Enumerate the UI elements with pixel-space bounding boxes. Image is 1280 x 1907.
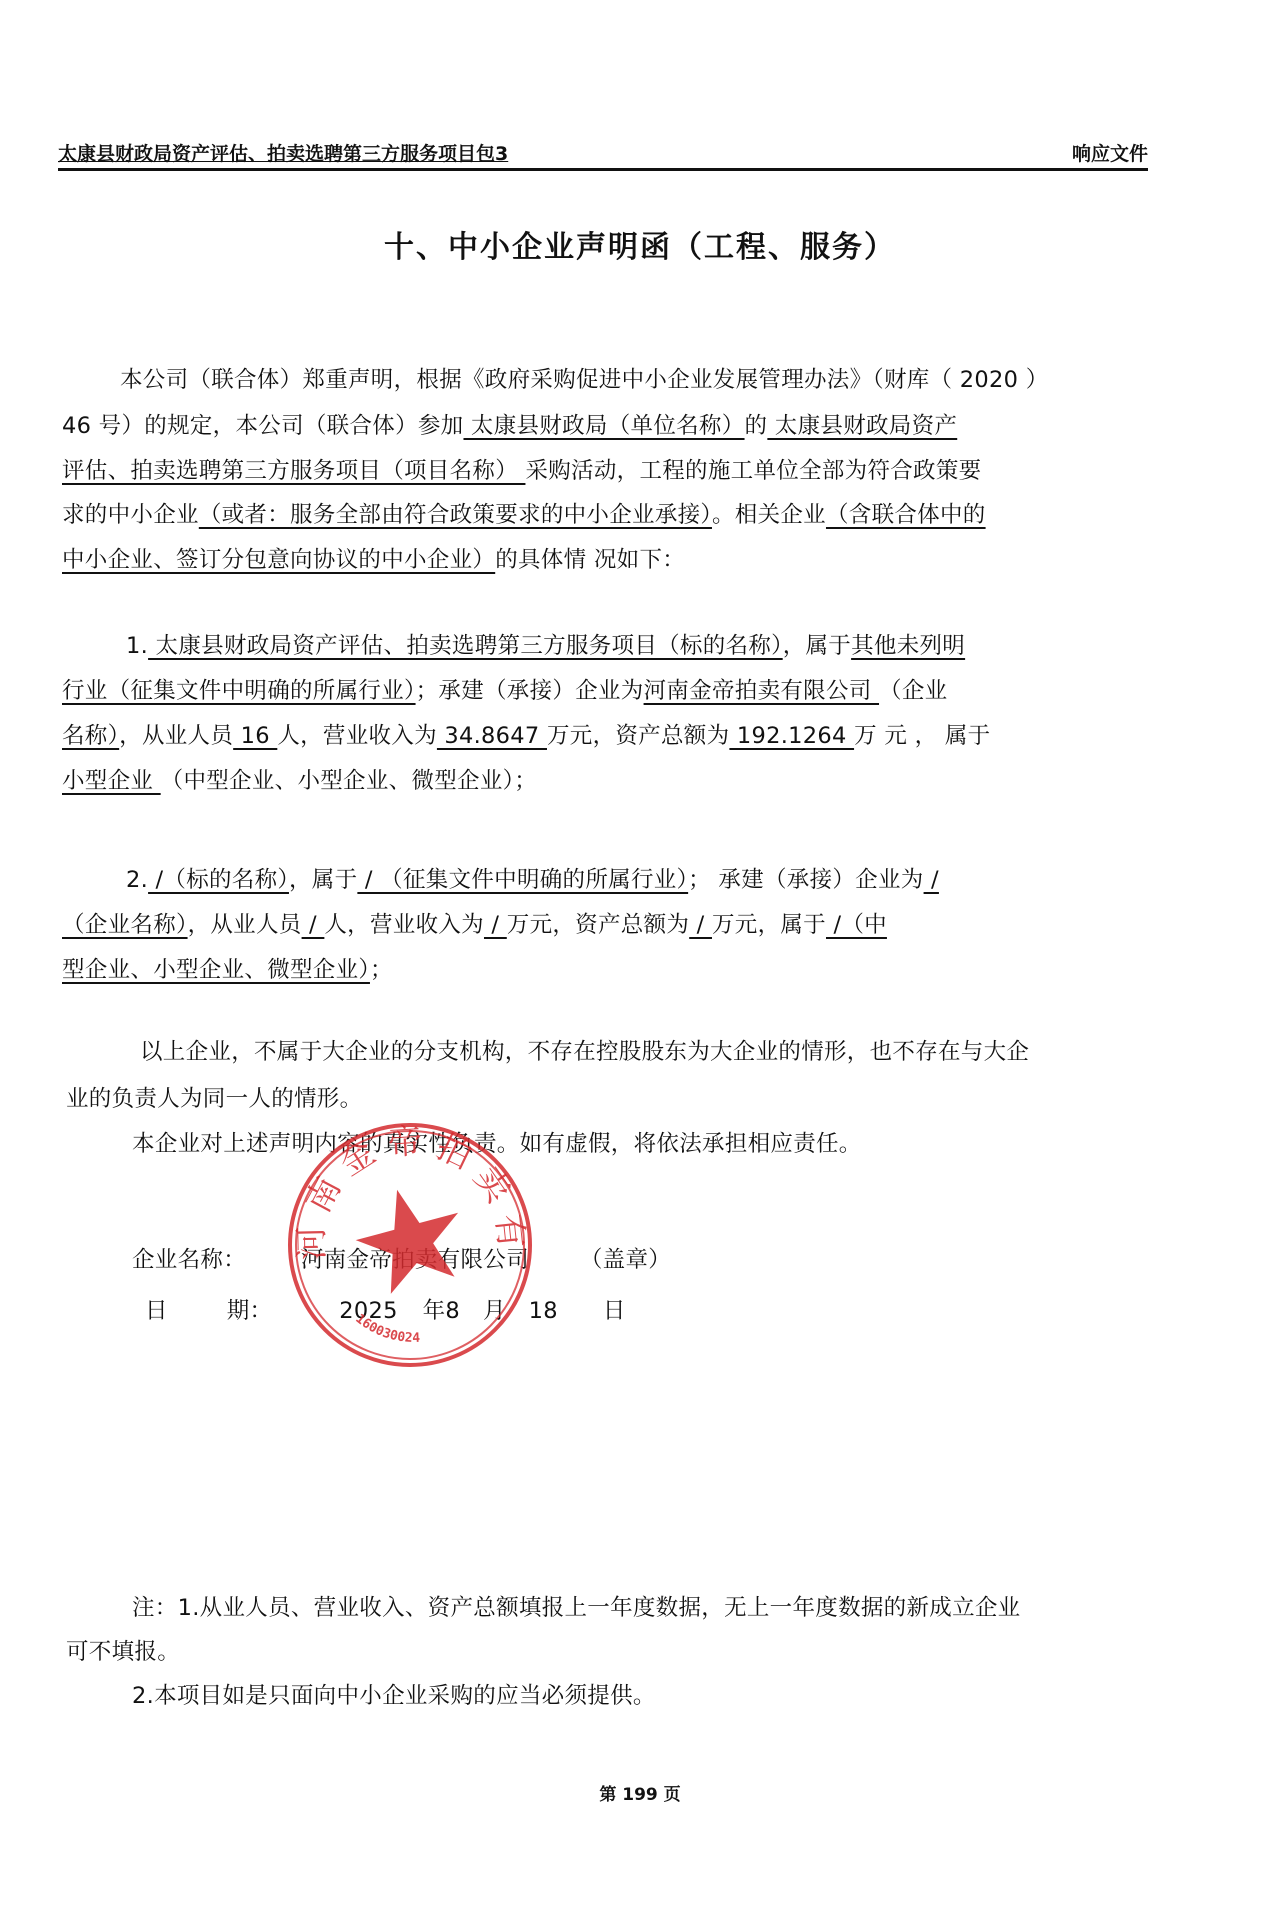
item1-line4: 小型企业 （中型企业、小型企业、微型企业）； [62, 763, 537, 795]
item1-company: 河南金帝拍卖有限公司 [644, 678, 879, 704]
text: ，从业人员 [119, 723, 233, 749]
item2-subject: /（标的名称） [148, 867, 289, 893]
note1-line1: 注：1.从业人员、营业收入、资产总额填报上一年度数据，无上一年度数据的新成立企业 [132, 1590, 1020, 1622]
related-enterprise-note: （含联合体中的 [826, 502, 986, 528]
text: 人，营业收入为 [324, 912, 484, 938]
item2-company: / [924, 867, 939, 893]
note1-line2: 可不填报。 [66, 1634, 180, 1666]
note2: 2.本项目如是只面向中小企业采购的应当必须提供。 [132, 1678, 656, 1710]
related-enterprise-note-cont: 中小企业、签订分包意向协议的中小企业） [62, 547, 495, 573]
text: （中型企业、小型企业、微型企业）； [161, 768, 537, 794]
item2-industry: / （征集文件中明确的所属行业） [357, 867, 688, 893]
seal-note: （盖章） [580, 1247, 671, 1273]
text: 万 元 ， 属于 [854, 723, 990, 749]
page-header: 太康县财政局资产评估、拍卖选聘第三方服务项目包3 响应文件 [58, 138, 1148, 171]
text: 日 [603, 1298, 626, 1324]
item2-line2: （企业名称），从业人员 / 人，营业收入为 / 万元，资产总额为 / 万元，属于… [62, 907, 887, 939]
text: 名称） [62, 723, 119, 749]
item2-line3: 型企业、小型企业、微型企业）； [62, 952, 393, 984]
header-doc-type: 响应文件 [1072, 139, 1148, 166]
item2-size-cont: 型企业、小型企业、微型企业） [62, 957, 370, 983]
para1-line2: 46 号）的规定，本公司（联合体）参加 太康县财政局（单位名称）的 太康县财政局… [62, 408, 957, 440]
item1-staff: 16 [233, 723, 277, 749]
date-label: 日 [145, 1298, 168, 1324]
item2-line1: 2. /（标的名称），属于 / （征集文件中明确的所属行业）； 承建（承接）企业… [126, 862, 939, 894]
item2-size: /（中 [826, 912, 887, 938]
company-label: 企业名称： [132, 1247, 246, 1273]
text: ； 承建（承接）企业为 [688, 867, 923, 893]
item2-staff: / [302, 912, 325, 938]
page-title: 十、中小企业声明函（工程、服务） [0, 222, 1280, 266]
page-number: 第 199 页 [0, 1780, 1280, 1805]
para1-line4: 求的中小企业（或者：服务全部由符合政策要求的中小企业承接）。相关企业（含联合体中… [62, 497, 986, 529]
item1-subject: 太康县财政局资产评估、拍卖选聘第三方服务项目（标的名称） [148, 633, 783, 659]
para4: 本企业对上述声明内容的真实性负责。如有虚假，将依法承担相应责任。 [132, 1126, 862, 1158]
item2-revenue: / [484, 912, 507, 938]
item2-company-cont: （企业名称） [62, 912, 188, 938]
date-label: 期： [227, 1298, 273, 1324]
item2-assets: / [689, 912, 712, 938]
item1-line2: 行业（征集文件中明确的所属行业）；承建（承接）企业为河南金帝拍卖有限公司 （企业 [62, 673, 947, 705]
text: 的具体情 况如下： [495, 547, 685, 573]
text: 万元，资产总额为 [547, 723, 729, 749]
signature-date-row: 日 期： 2025 年8 月 18 日 [145, 1293, 626, 1325]
text: 年 [423, 1298, 446, 1324]
header-project-title: 太康县财政局资产评估、拍卖选聘第三方服务项目包3 [58, 139, 508, 166]
signature-company-row: 企业名称： 河南金帝拍卖有限公司 （盖章） [132, 1242, 671, 1274]
item1-industry: 其他未列明 [851, 633, 965, 659]
date-month: 8 [445, 1298, 460, 1324]
text: 采购活动，工程的施工单位全部为符合政策要 [525, 458, 981, 484]
project-name-field: 太康县财政局资产 [767, 413, 957, 439]
date-day: 18 [529, 1298, 558, 1324]
text: 。相关企业 [712, 502, 826, 528]
text: 人，营业收入为 [277, 723, 437, 749]
para3-line2: 业的负责人为同一人的情形。 [66, 1081, 362, 1113]
item-number: 1. [126, 633, 148, 659]
service-note: （或者：服务全部由符合政策要求的中小企业承接） [199, 502, 712, 528]
item1-industry-cont: 行业（征集文件中明确的所属行业） [62, 678, 416, 704]
item1-line3: 名称），从业人员 16 人，营业收入为 34.8647 万元，资产总额为 192… [62, 718, 990, 750]
text: ； [370, 957, 393, 983]
item1-revenue: 34.8647 [437, 723, 547, 749]
text: ，属于 [783, 633, 851, 659]
para1-line5: 中小企业、签订分包意向协议的中小企业）的具体情 况如下： [62, 542, 685, 574]
para1-line3: 评估、拍卖选聘第三方服务项目（项目名称） 采购活动，工程的施工单位全部为符合政策… [62, 453, 981, 485]
item1-assets: 192.1264 [729, 723, 854, 749]
text: 的 [745, 413, 768, 439]
text: 46 号）的规定，本公司（联合体）参加 [62, 413, 463, 439]
item1-line1: 1. 太康县财政局资产评估、拍卖选聘第三方服务项目（标的名称），属于其他未列明 [126, 628, 965, 660]
para3-line1: 以上企业，不属于大企业的分支机构，不存在控股股东为大企业的情形，也不存在与大企 [140, 1034, 1029, 1066]
text: ；承建（承接）企业为 [416, 678, 644, 704]
text: 万元，属于 [712, 912, 826, 938]
date-year: 2025 [339, 1298, 397, 1324]
item1-size: 小型企业 [62, 768, 161, 794]
text: 求的中小企业 [62, 502, 199, 528]
text: ，从业人员 [188, 912, 302, 938]
text: 月 [483, 1298, 506, 1324]
unit-name-field: 太康县财政局（单位名称） [463, 413, 744, 439]
text: （企业 [879, 678, 947, 704]
text: 万元，资产总额为 [507, 912, 689, 938]
company-name: 河南金帝拍卖有限公司 [301, 1247, 529, 1273]
item-number: 2. [126, 867, 148, 893]
para1-line1: 本公司（联合体）郑重声明，根据《政府采购促进中小企业发展管理办法》（财库（ 20… [120, 362, 1049, 394]
project-name-field-cont: 评估、拍卖选聘第三方服务项目（项目名称） [62, 458, 525, 484]
text: ，属于 [289, 867, 357, 893]
